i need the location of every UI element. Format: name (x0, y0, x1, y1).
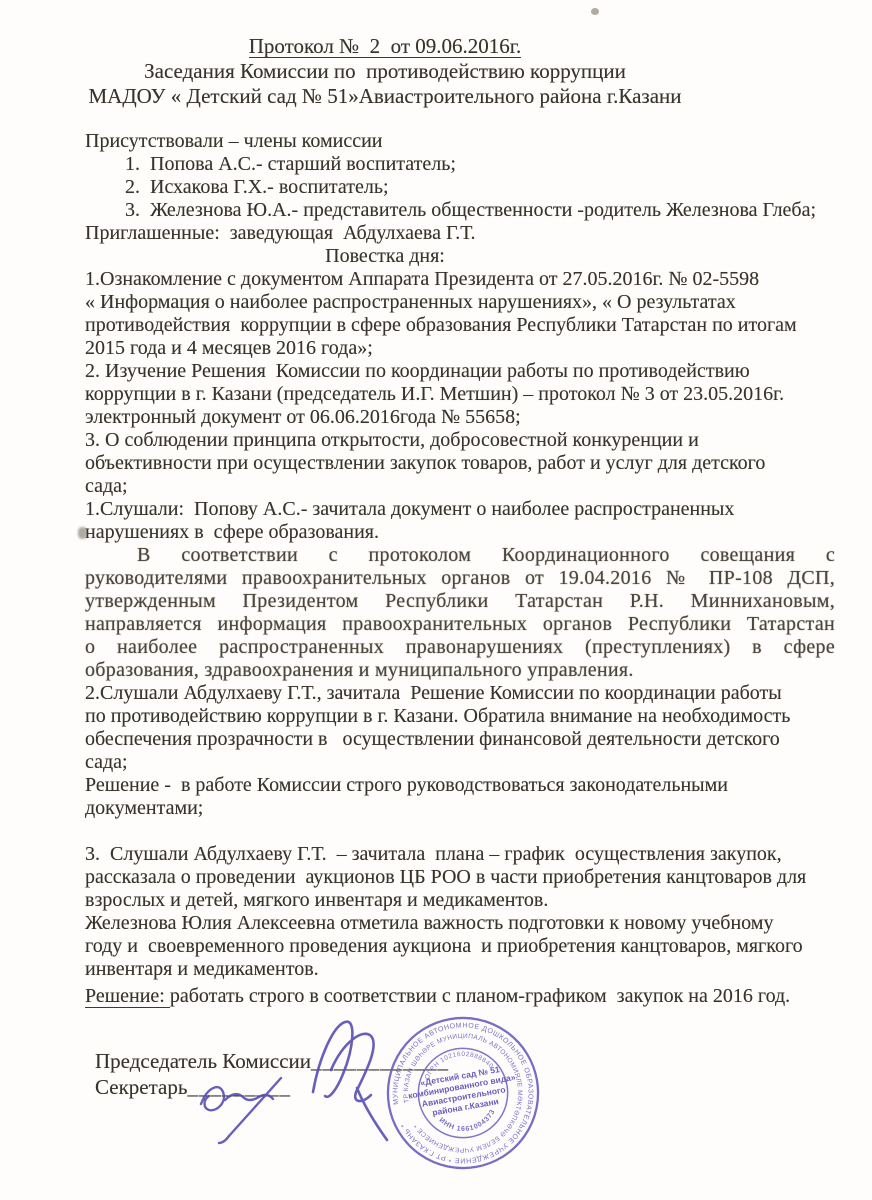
text-line: 1.Ознакомление с документом Аппарата Пре… (85, 268, 845, 291)
text-line: о наиболее распространенных правонарушен… (85, 636, 835, 659)
heard-item-3: 3. Слушали Абдулхаеву Г.Т. – зачитала пл… (85, 843, 845, 981)
text-line: противодействия коррупции в сфере образо… (85, 314, 845, 337)
text-line: 1.Слушали: Попову А.С.- зачитала докумен… (85, 498, 845, 521)
text-line: Железнова Юлия Алексеевна отметила важно… (85, 912, 845, 935)
scan-artifact-dot (591, 8, 599, 15)
secretary-signature-rule: _________ (187, 1075, 291, 1099)
attendees-list: 1. Попова А.С.- старший воспитатель;2. И… (85, 153, 845, 222)
text-line: нарушениях в сфере образования. (85, 521, 845, 544)
protocol-number-line: Протокол № 2 от 09.06.2016г. (85, 34, 685, 59)
text-line: коррупции в г. Казани (председатель И.Г.… (85, 383, 845, 406)
text-line: направляется информация правоохранительн… (85, 613, 835, 636)
text-line: взрослых и детей, мягкого инвентаря и ме… (85, 889, 845, 912)
text-line: году и своевременного проведения аукцион… (85, 935, 845, 958)
text-line: Решение - в работе Комиссии строго руков… (85, 774, 845, 797)
scanned-document-page: Протокол № 2 от 09.06.2016г. Заседания К… (0, 0, 872, 1200)
heard-item-1: 1.Слушали: Попову А.С.- зачитала докумен… (85, 498, 845, 544)
text-line: 3. Железнова Ю.А.- представитель обществ… (85, 199, 845, 222)
quoted-letter-paragraph: В соответствии с протоколом Координацион… (85, 544, 835, 682)
text-line: сада; (85, 475, 845, 498)
decision-label: Решение: (85, 985, 170, 1008)
text-line: образования, здравоохранения и муниципал… (85, 659, 835, 682)
text-line: 3. Слушали Абдулхаеву Г.Т. – зачитала пл… (85, 843, 845, 866)
attendees-heading: Присутствовали – члены комиссии (85, 130, 845, 153)
text-line: по противодействию коррупции в г. Казани… (85, 705, 845, 728)
agenda-heading: Повестка дня: (85, 245, 685, 268)
heard-item-2: 2.Слушали Абдулхаеву Г.Т., зачитала Реше… (85, 682, 845, 820)
text-line: 2. Изучение Решения Комиссии по координа… (85, 360, 845, 383)
text-line: объективности при осуществлении закупок … (85, 452, 845, 475)
document-body: Протокол № 2 от 09.06.2016г. Заседания К… (85, 34, 845, 1008)
text-line: 1. Попова А.С.- старший воспитатель; (85, 153, 845, 176)
text-line: документами; (85, 797, 845, 820)
text-line: сада; (85, 751, 845, 774)
meeting-subject-line: Заседания Комиссии по противодействию ко… (85, 59, 685, 84)
text-line: 3. О соблюдении принципа открытости, доб… (85, 429, 845, 452)
organization-line: МАДОУ « Детский сад № 51»Авиастроительно… (85, 84, 685, 109)
text-line: 2. Исхакова Г.Х.- воспитатель; (85, 176, 845, 199)
agenda-items: 1.Ознакомление с документом Аппарата Пре… (85, 268, 845, 498)
text-line: 2015 года и 4 месяцев 2016 года»; (85, 337, 845, 360)
text-line: инвентаря и медикаментов. (85, 958, 845, 981)
invited-line: Приглашенные: заведующая Абдулхаева Г.Т. (85, 222, 845, 245)
protocol-number-text: Протокол № 2 от 09.06.2016г. (249, 35, 522, 58)
secretary-label: Секретарь (95, 1075, 187, 1099)
text-line: руководителями правоохранительных органо… (85, 567, 835, 590)
text-line: утвержденным Президентом Республики Тата… (85, 590, 835, 613)
text-line: рассказала о проведении аукционов ЦБ РОО… (85, 866, 845, 889)
text-line: 2.Слушали Абдулхаеву Г.Т., зачитала Реше… (85, 682, 845, 705)
text-line: « Информация о наиболее распространенных… (85, 291, 845, 314)
official-round-stamp: МУНИЦИПАЛЬНОЕ АВТОНОМНОЕ ДОШКОЛЬНОЕ ОБРА… (368, 998, 558, 1188)
document-title-block: Протокол № 2 от 09.06.2016г. Заседания К… (85, 34, 685, 109)
chairman-label: Председатель Комиссии (95, 1049, 311, 1073)
text-line: электронный документ от 06.06.2016года №… (85, 406, 845, 429)
text-line: В соответствии с протоколом Координацион… (85, 544, 835, 567)
text-line: обеспечения прозрачности в осуществлении… (85, 728, 845, 751)
